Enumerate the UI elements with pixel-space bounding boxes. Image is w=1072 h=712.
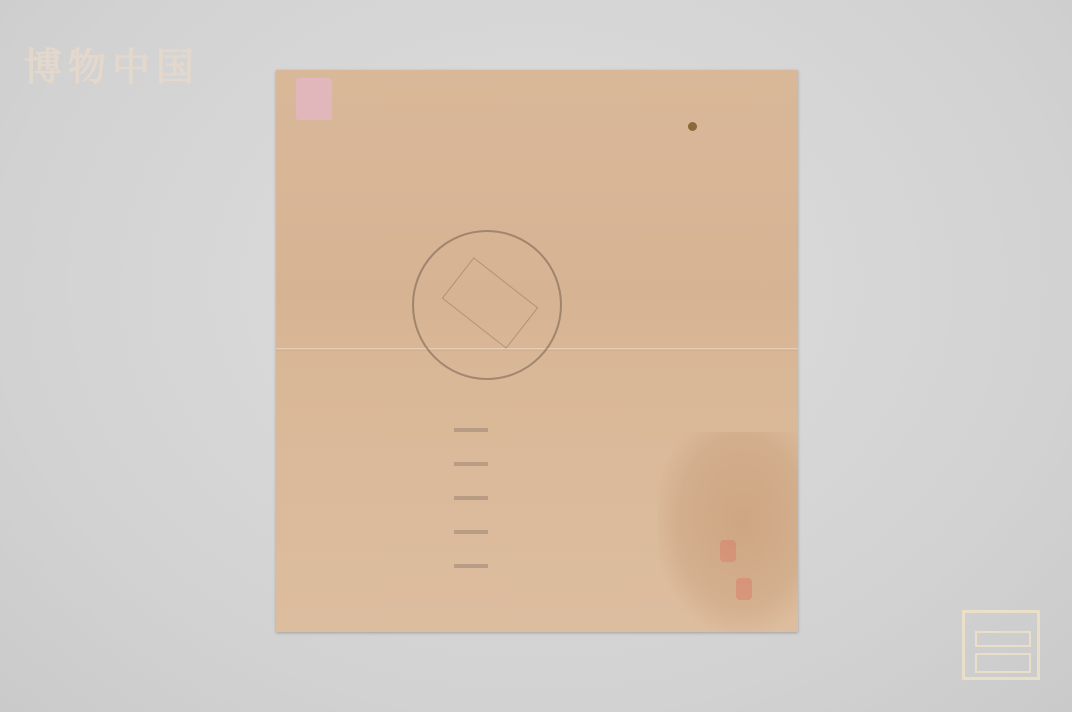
pink-tab [296, 78, 332, 120]
collector-seal-watermark [962, 610, 1040, 680]
circular-postmark [412, 230, 562, 380]
water-stain [658, 432, 798, 632]
document-paper [276, 70, 798, 632]
handwritten-text [454, 410, 488, 580]
pin-hole [688, 122, 697, 131]
red-mark [736, 578, 752, 600]
red-mark [720, 540, 736, 562]
watermark: 博物中国 [24, 36, 200, 91]
postmark-date-box [442, 257, 539, 348]
